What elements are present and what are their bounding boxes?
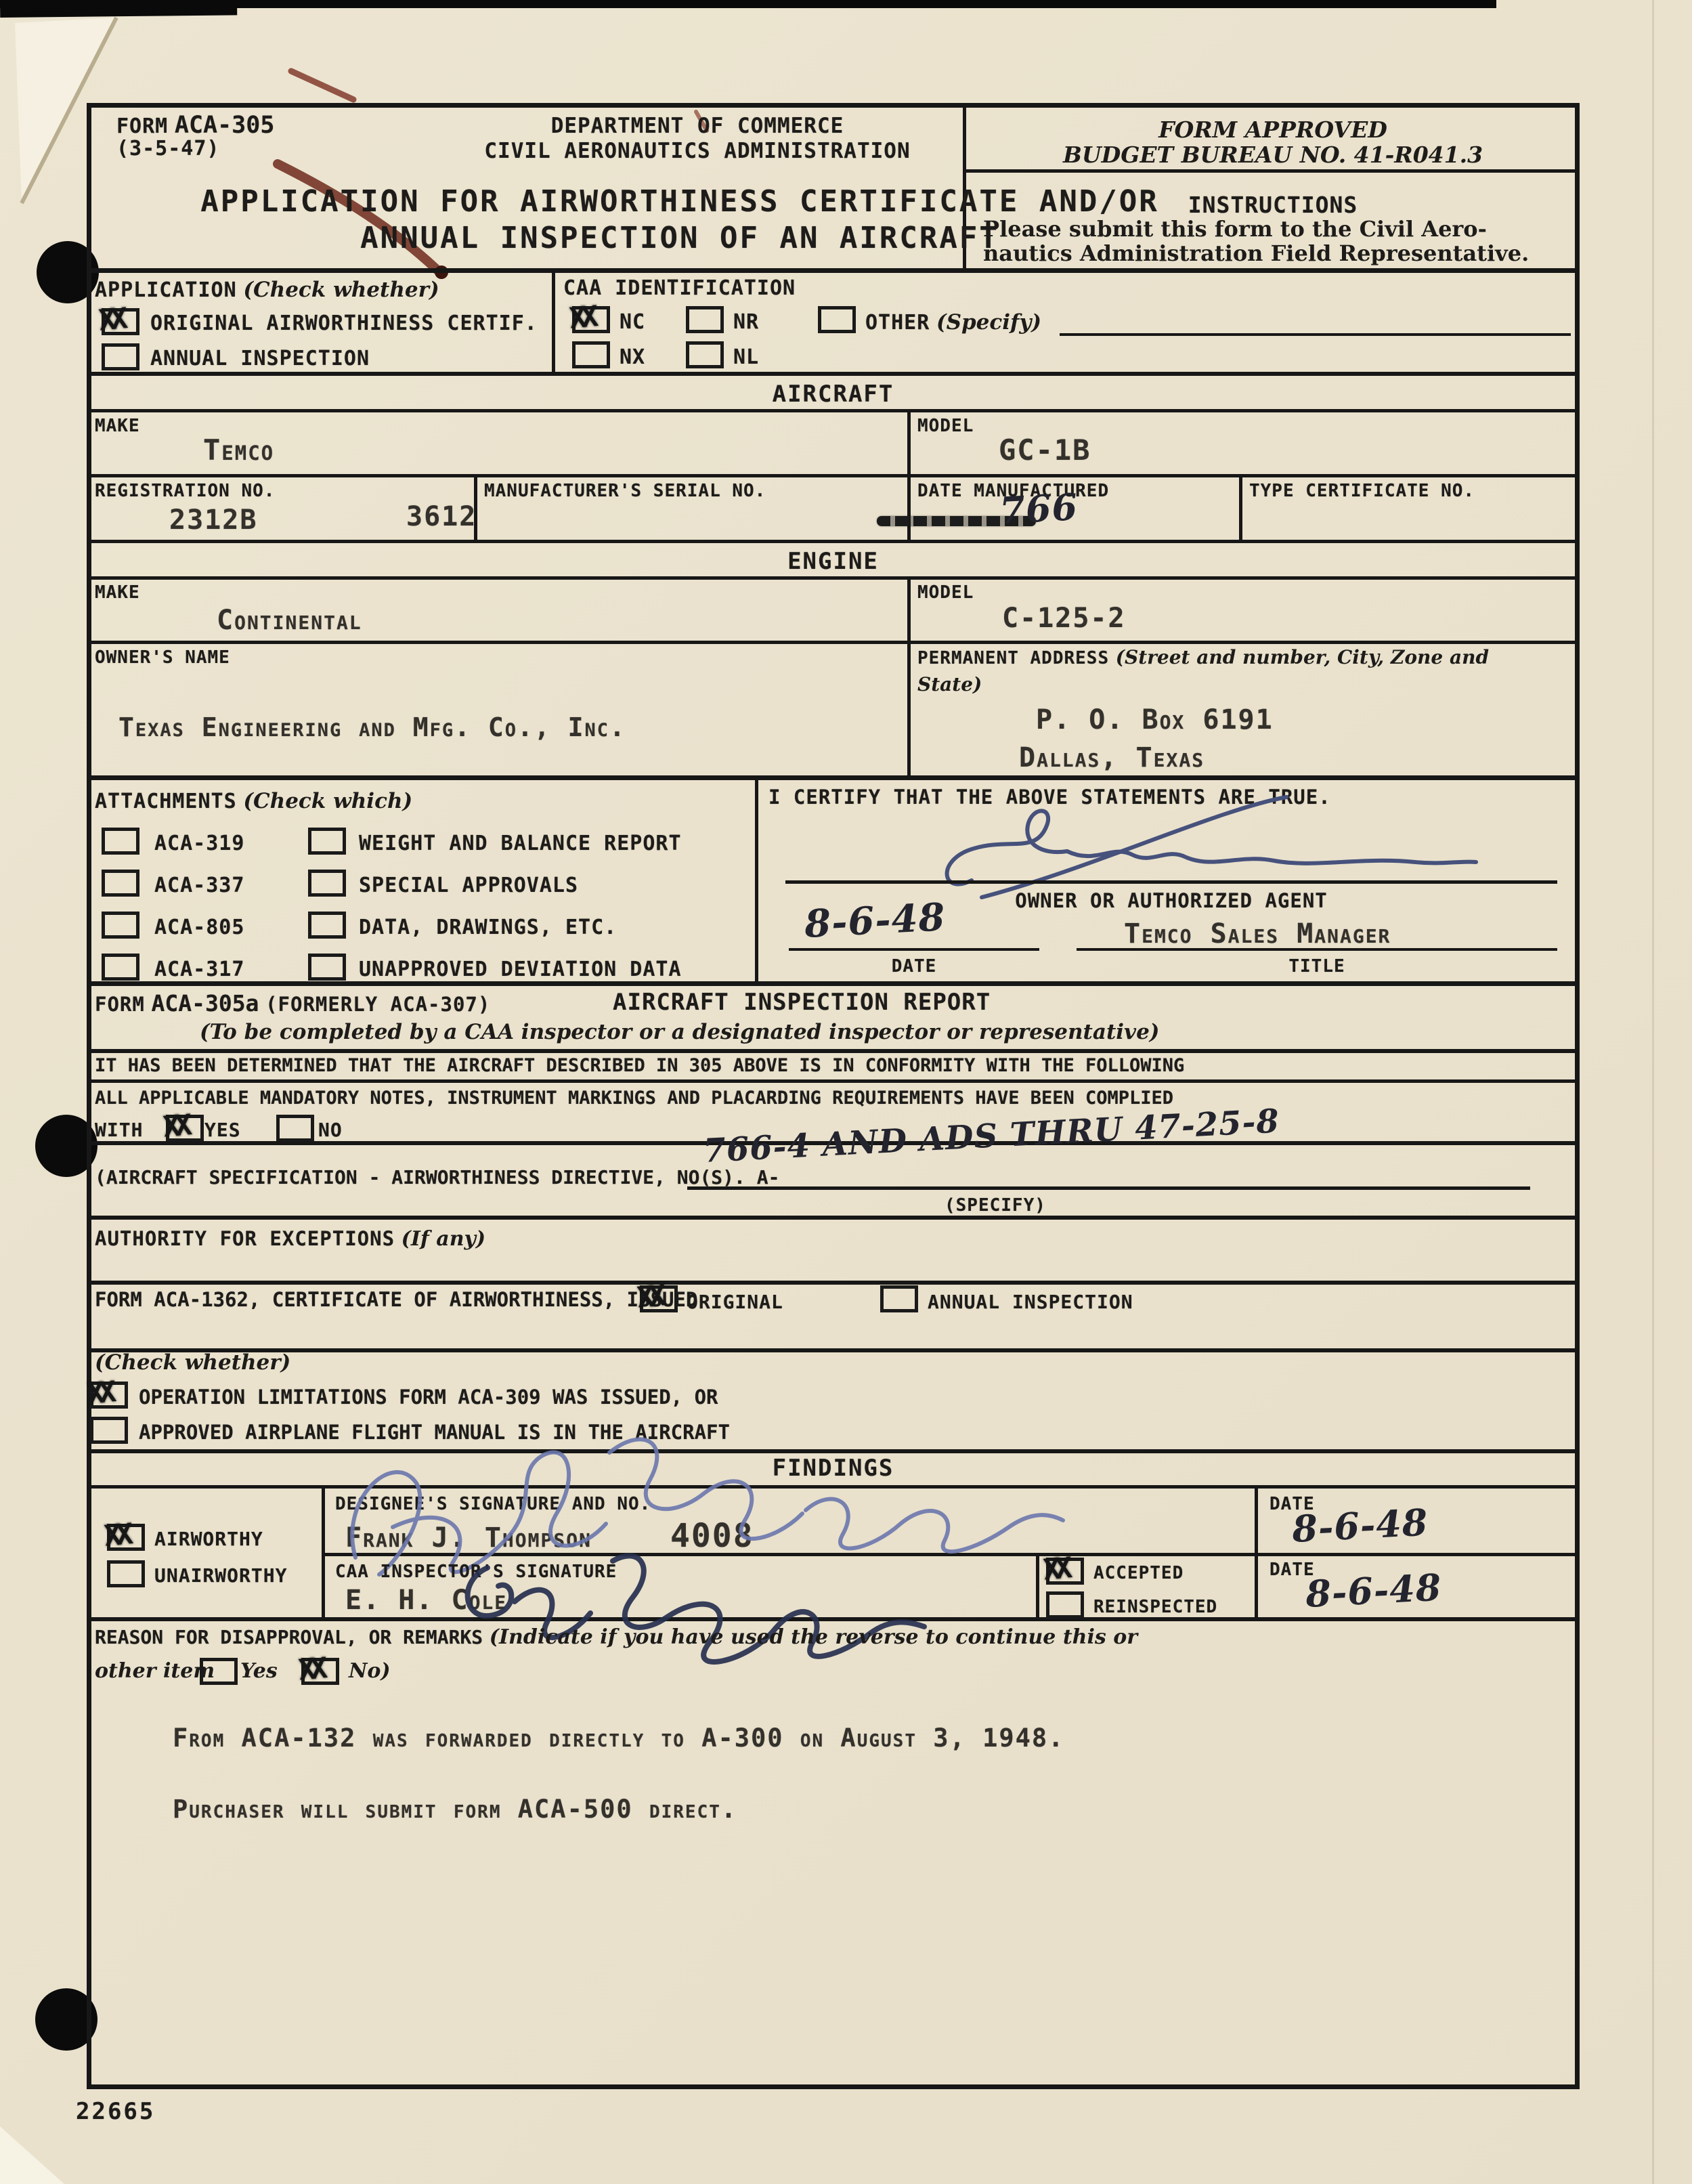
caa-other-label: OTHER (Specify) (865, 310, 1041, 335)
remarks-heading-line1: REASON FOR DISAPPROVAL, OR REMARKS (Indi… (95, 1625, 1137, 1649)
attachment-aca319-label: ACA-319 (154, 832, 244, 855)
inspection-title: AIRCRAFT INSPECTION REPORT (613, 989, 991, 1016)
inspection-determined: IT HAS BEEN DETERMINED THAT THE AIRCRAFT… (95, 1055, 1184, 1076)
inspection-form-number: FORM ACA-305a (FORMERLY ACA-307) (95, 990, 490, 1016)
reinspected-label: REINSPECTED (1093, 1597, 1217, 1617)
operation-limitations-checkbox[interactable] (90, 1382, 128, 1409)
engine-model-value[interactable]: C-125-2 (1002, 603, 1126, 634)
dept-line2: CIVIL AERONAUTICS ADMINISTRATION (379, 139, 1016, 163)
engine-make-value[interactable]: Continental (217, 605, 362, 636)
caa-nx-label: NX (620, 345, 645, 369)
check-whether-label: (Check whether) (95, 1350, 290, 1375)
remarks-text-line1: From ACA-132 was forwarded directly to A… (173, 1723, 1064, 1753)
specify-label: (SPECIFY) (945, 1195, 1046, 1216)
remarks-yes-checkbox[interactable] (200, 1658, 238, 1685)
certify-title-line[interactable] (1077, 948, 1557, 951)
accepted-checkbox[interactable] (1046, 1558, 1084, 1585)
aircraft-section-header: AIRCRAFT (87, 381, 1580, 408)
attachment-data-drawings-label: DATA, DRAWINGS, ETC. (359, 916, 617, 939)
scanned-form-page: FORM ACA-305 (3-5-47) DEPARTMENT OF COMM… (0, 0, 1692, 2184)
airworthy-checkbox[interactable] (107, 1524, 145, 1551)
caa-nx-checkbox[interactable] (572, 341, 610, 368)
permanent-address-label: PERMANENT ADDRESS (Street and number, Ci… (917, 646, 1489, 668)
spec-directive-label: (AIRCRAFT SPECIFICATION - AIRWORTHINESS … (95, 1166, 779, 1189)
caa-other-checkbox[interactable] (818, 306, 856, 333)
inspector-date-value[interactable]: 8-6-48 (1305, 1566, 1443, 1616)
certify-title-label: TITLE (1077, 956, 1557, 977)
owner-address-line1[interactable]: P. O. Box 6191 (1036, 704, 1274, 735)
caa-id-heading: CAA IDENTIFICATION (563, 276, 796, 300)
attachment-aca319-checkbox[interactable] (102, 828, 139, 855)
attachments-heading: ATTACHMENTS (Check which) (95, 789, 412, 813)
registration-value[interactable]: 2312B (169, 505, 257, 536)
owner-address-line2[interactable]: Dallas, Texas (1019, 742, 1205, 773)
owner-signature-line[interactable] (785, 880, 1557, 884)
annual-inspection-checkbox[interactable] (102, 343, 139, 370)
complied-no-checkbox[interactable] (276, 1115, 314, 1142)
footer-serial-number: 22665 (76, 2098, 155, 2125)
cert1362-annual-label: ANNUAL INSPECTION (928, 1291, 1133, 1313)
caa-nr-checkbox[interactable] (686, 306, 724, 333)
engine-make-label: MAKE (95, 582, 140, 603)
registration-label: REGISTRATION NO. (95, 481, 275, 501)
aircraft-model-value[interactable]: GC-1B (999, 433, 1091, 467)
attachment-aca805-checkbox[interactable] (102, 912, 139, 939)
permanent-address-label2: State) (917, 673, 982, 695)
aircraft-model-label: MODEL (917, 416, 974, 436)
aircraft-make-label: MAKE (95, 416, 140, 436)
inspection-subtitle: (To be completed by a CAA inspector or a… (200, 1020, 1159, 1044)
accepted-label: ACCEPTED (1093, 1563, 1184, 1583)
complied-yes-checkbox[interactable] (166, 1115, 204, 1142)
spec-directive-line[interactable] (687, 1186, 1530, 1190)
inspection-complied-with: WITH (95, 1119, 143, 1141)
type-certificate-value[interactable]: 766 (999, 485, 1079, 532)
reinspected-checkbox[interactable] (1046, 1591, 1084, 1619)
annual-inspection-label: ANNUAL INSPECTION (150, 347, 370, 370)
remarks-no-label: No) (349, 1659, 391, 1683)
original-airworthiness-label: ORIGINAL AIRWORTHINESS CERTIF. (150, 312, 538, 335)
original-airworthiness-checkbox[interactable] (102, 308, 139, 335)
form-revision: (3-5-47) (116, 137, 220, 160)
complied-yes-label: YES (204, 1119, 241, 1141)
form-number-value: ACA-305 (175, 112, 275, 139)
unairworthy-checkbox[interactable] (107, 1560, 145, 1587)
attachment-special-approvals-label: SPECIAL APPROVALS (359, 874, 578, 897)
paper-crease (1652, 0, 1654, 2184)
serial-value[interactable]: 3612 (406, 501, 477, 532)
caa-other-fill-line[interactable] (1060, 333, 1571, 336)
certify-date-line[interactable] (789, 948, 1039, 951)
certify-date-value[interactable]: 8-6-48 (804, 895, 947, 947)
serial-label: MANUFACTURER'S SERIAL NO. (484, 481, 766, 501)
instructions-line2: nautics Administration Field Representat… (983, 240, 1529, 266)
bottom-corner-fold (0, 2113, 88, 2184)
attachment-aca337-checkbox[interactable] (102, 870, 139, 897)
attachment-aca805-label: ACA-805 (154, 916, 244, 939)
remarks-no-checkbox[interactable] (301, 1658, 339, 1685)
caa-nl-checkbox[interactable] (686, 341, 724, 368)
cert1362-original-checkbox[interactable] (640, 1285, 678, 1312)
complied-no-label: NO (318, 1119, 343, 1141)
designee-date-value[interactable]: 8-6-48 (1291, 1501, 1429, 1551)
operation-limitations-label: OPERATION LIMITATIONS FORM ACA-309 WAS I… (139, 1386, 718, 1409)
attachment-aca317-checkbox[interactable] (102, 954, 139, 981)
form-approved-line1: FORM APPROVED (968, 116, 1578, 143)
attachment-weight-balance-label: WEIGHT AND BALANCE REPORT (359, 832, 682, 855)
cert1362-annual-checkbox[interactable] (880, 1285, 918, 1312)
remarks-heading-line2: other item (95, 1659, 215, 1683)
unairworthy-label: UNAIRWORTHY (154, 1564, 287, 1587)
caa-nc-label: NC (620, 310, 645, 334)
engine-section-header: ENGINE (87, 548, 1580, 575)
attachment-unapproved-deviation-checkbox[interactable] (308, 954, 346, 981)
cert1362-original-label: ORIGINAL (687, 1291, 783, 1313)
owner-name-value[interactable]: Texas Engineering and Mfg. Co., Inc. (118, 712, 626, 742)
attachment-special-approvals-checkbox[interactable] (308, 870, 346, 897)
instructions-line1: Please submit this form to the Civil Aer… (983, 216, 1487, 242)
attachment-data-drawings-checkbox[interactable] (308, 912, 346, 939)
form-number: FORM ACA-305 (116, 112, 274, 139)
remarks-yes-label: Yes (240, 1659, 278, 1683)
caa-nr-label: NR (733, 310, 759, 334)
inspection-complied-line1: ALL APPLICABLE MANDATORY NOTES, INSTRUME… (95, 1088, 1173, 1109)
form-approved-line2: BUDGET BUREAU NO. 41-R041.3 (968, 142, 1578, 168)
dept-line1: DEPARTMENT OF COMMERCE (379, 114, 1016, 138)
caa-nc-checkbox[interactable] (572, 306, 610, 333)
aircraft-make-value[interactable]: Temco (203, 433, 274, 467)
authority-exceptions-label: AUTHORITY FOR EXCEPTIONS (If any) (95, 1227, 485, 1251)
certify-date-label: DATE (789, 956, 1039, 977)
type-certificate-label: TYPE CERTIFICATE NO. (1249, 481, 1475, 501)
attachment-aca317-label: ACA-317 (154, 958, 244, 981)
attachment-weight-balance-checkbox[interactable] (308, 828, 346, 855)
application-heading: APPLICATION (Check whether) (95, 278, 439, 302)
certify-title-value[interactable]: Temco Sales Manager (1124, 918, 1391, 949)
cert1362-label: FORM ACA-1362, CERTIFICATE OF AIRWORTHIN… (95, 1288, 697, 1311)
remarks-text-line2: Purchaser will submit form ACA-500 direc… (173, 1795, 737, 1824)
attachment-aca337-label: ACA-337 (154, 874, 244, 897)
attachment-unapproved-deviation-label: UNAPPROVED DEVIATION DATA (359, 958, 682, 981)
caa-nl-label: NL (733, 345, 759, 369)
airworthy-label: AIRWORTHY (154, 1528, 263, 1550)
form-number-label: FORM (116, 114, 168, 138)
inspector-handwritten-signature (440, 1537, 941, 1673)
instructions-title: INSTRUCTIONS (968, 192, 1578, 218)
flight-manual-checkbox[interactable] (90, 1417, 128, 1444)
owner-name-label: OWNER'S NAME (95, 647, 230, 668)
engine-model-label: MODEL (917, 582, 974, 603)
